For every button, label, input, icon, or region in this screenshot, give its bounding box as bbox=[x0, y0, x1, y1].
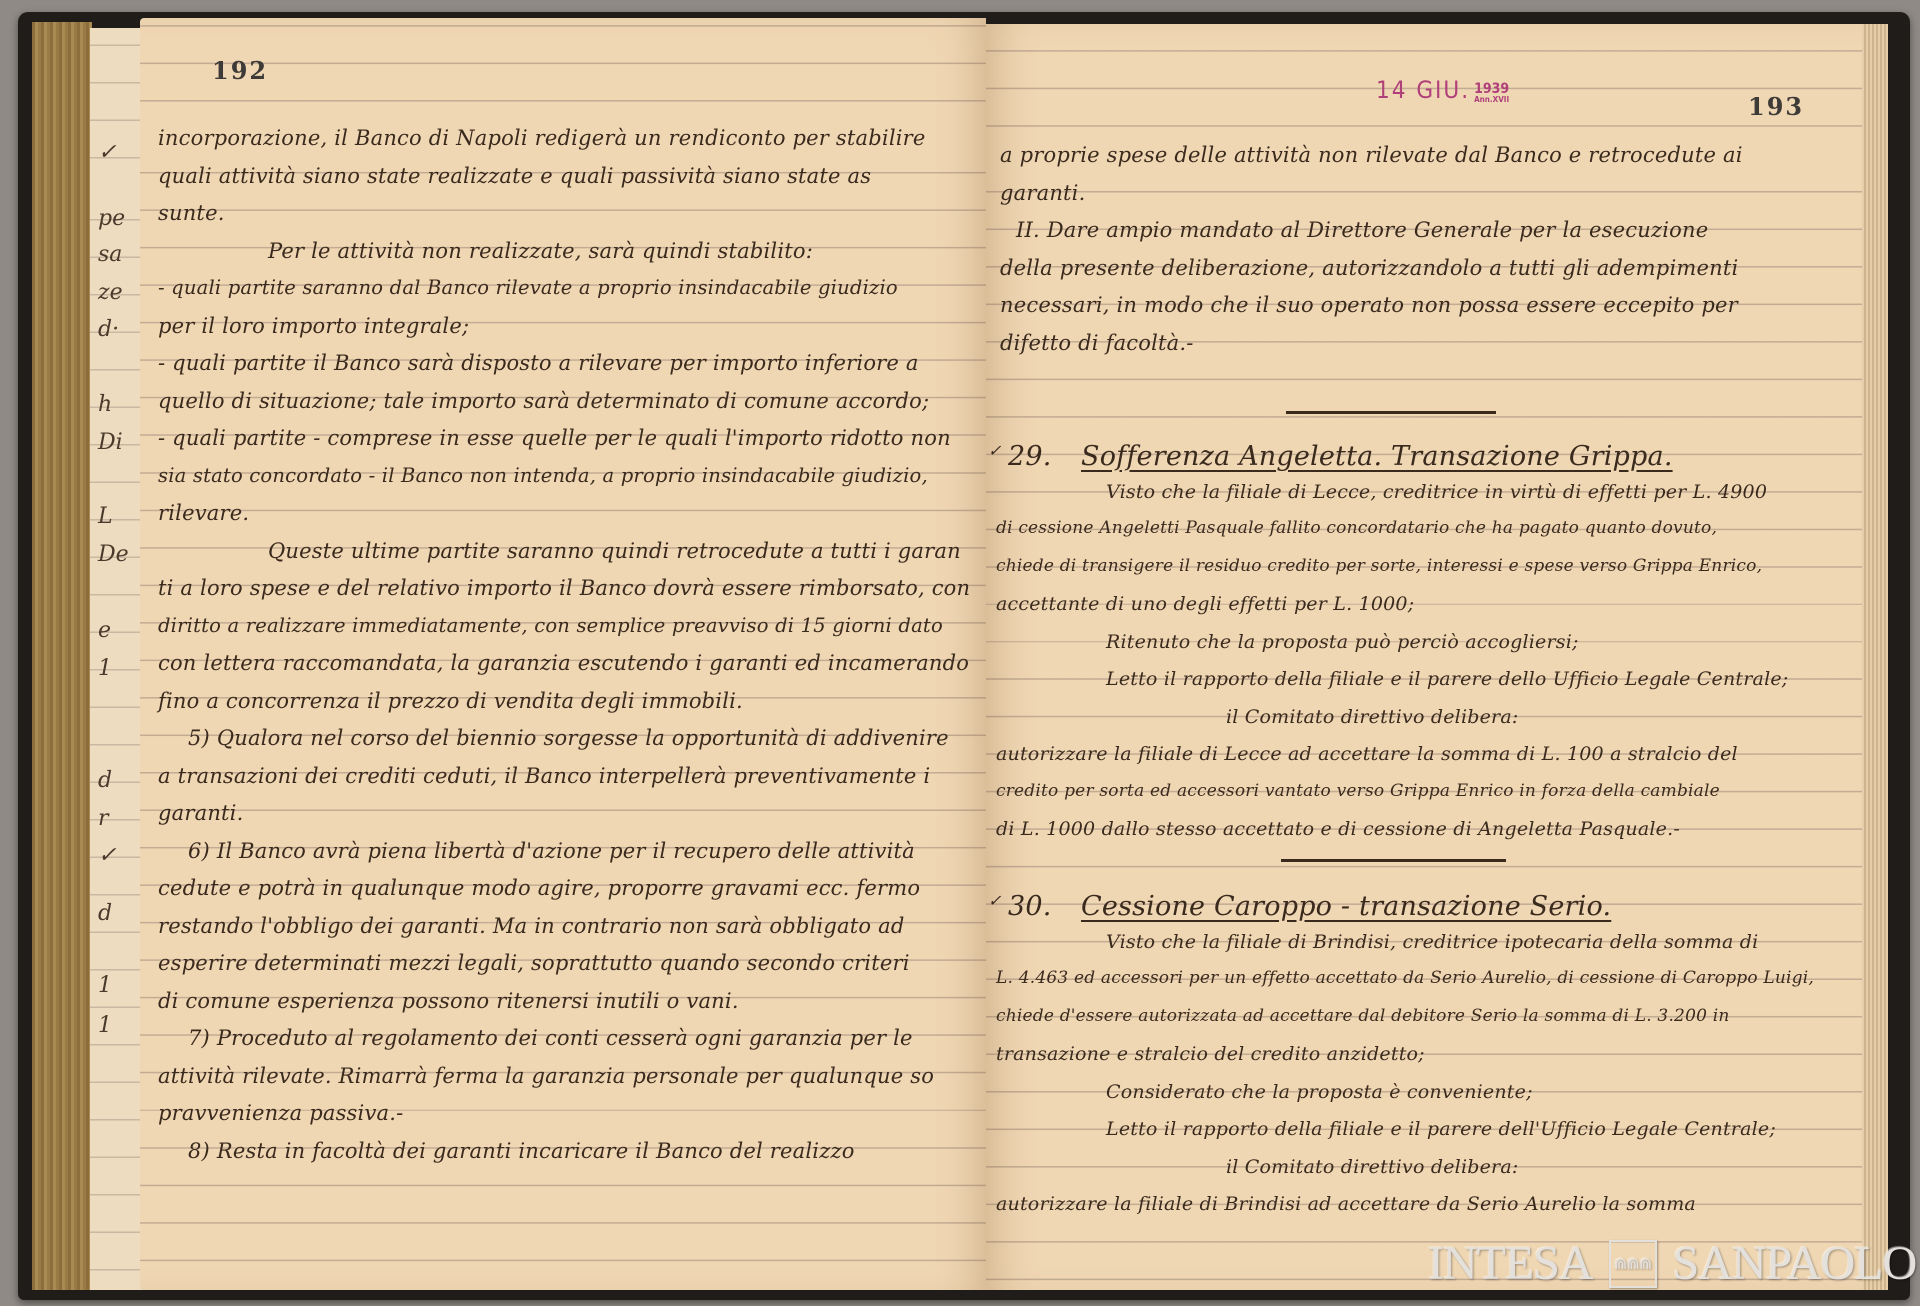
margin-mark: ✓ bbox=[98, 140, 116, 165]
handwritten-line: di L. 1000 dallo stesso accettato e di c… bbox=[996, 818, 1680, 840]
handwritten-line: Visto che la filiale di Brindisi, credit… bbox=[1106, 931, 1758, 953]
handwritten-line: Per le attività non realizzate, sarà qui… bbox=[268, 239, 813, 263]
handwritten-line: quali attività siano state realizzate e … bbox=[158, 164, 871, 188]
check-mark: ✓ bbox=[988, 441, 1002, 460]
handwritten-line: a proprie spese delle attività non rilev… bbox=[1000, 143, 1743, 167]
section-number: 29. bbox=[1008, 441, 1052, 472]
handwritten-line: il Comitato direttivo delibera: bbox=[1226, 706, 1518, 728]
handwritten-line: pravvenienza passiva.- bbox=[158, 1101, 403, 1125]
handwritten-line: 7) Proceduto al regolamento dei conti ce… bbox=[188, 1026, 913, 1050]
handwritten-line: per il loro importo integrale; bbox=[158, 314, 469, 338]
handwritten-line: fino a concorrenza il prezzo di vendita … bbox=[158, 689, 743, 713]
handwritten-line: chiede di transigere il residuo credito … bbox=[996, 556, 1762, 576]
handwritten-line: Letto il rapporto della filiale e il par… bbox=[1106, 1118, 1776, 1140]
handwritten-line: garanti. bbox=[158, 801, 243, 825]
handwritten-line: accettante di uno degli effetti per L. 1… bbox=[996, 593, 1414, 615]
page-number: 193 bbox=[1748, 92, 1804, 121]
stamp-date: 14 GIU. bbox=[1376, 76, 1470, 104]
handwritten-line: 6) Il Banco avrà piena libertà d'azione … bbox=[188, 839, 915, 863]
handwritten-line: esperire determinati mezzi legali, sopra… bbox=[158, 951, 910, 975]
handwritten-line: II. Dare ampio mandato al Direttore Gene… bbox=[1016, 218, 1708, 242]
right-page: 14 GIU. 1939 Ann.XVII 193 a proprie spes… bbox=[986, 24, 1862, 1290]
handwritten-line: Visto che la filiale di Lecce, creditric… bbox=[1106, 481, 1767, 503]
handwritten-line: - quali partite saranno dal Banco rileva… bbox=[158, 276, 898, 299]
handwritten-line: 5) Qualora nel corso del biennio sorgess… bbox=[188, 726, 949, 750]
left-page: 192 incorporazione, il Banco di Napoli r… bbox=[140, 18, 986, 1290]
handwritten-line: Ritenuto che la proposta può perciò acco… bbox=[1106, 631, 1579, 653]
handwritten-line: della presente deliberazione, autorizzan… bbox=[1000, 256, 1738, 280]
margin-mark: r bbox=[98, 806, 109, 831]
section-title: Sofferenza Angeletta. Transazione Grippa… bbox=[1081, 441, 1673, 472]
handwritten-line: sunte. bbox=[158, 201, 225, 225]
handwritten-line: Letto il rapporto della filiale e il par… bbox=[1106, 668, 1788, 690]
date-stamp: 14 GIU. 1939 Ann.XVII bbox=[1376, 76, 1509, 104]
margin-mark: d bbox=[98, 768, 112, 793]
handwritten-line: L. 4.463 ed accessori per un effetto acc… bbox=[996, 968, 1814, 988]
handwritten-line: diritto a realizzare immediatamente, con… bbox=[158, 614, 943, 637]
margin-mark: L bbox=[98, 504, 113, 529]
handwritten-line: - quali partite il Banco sarà disposto a… bbox=[158, 351, 919, 375]
stamp-era: Ann.XVII bbox=[1474, 96, 1509, 104]
handwritten-line: rilevare. bbox=[158, 501, 249, 525]
handwritten-line: Considerato che la proposta è convenient… bbox=[1106, 1081, 1533, 1103]
margin-mark: sa bbox=[98, 242, 122, 267]
handwritten-line: il Comitato direttivo delibera: bbox=[1226, 1156, 1518, 1178]
handwritten-line: restando l'obbligo dei garanti. Ma in co… bbox=[158, 914, 904, 938]
handwritten-line: incorporazione, il Banco di Napoli redig… bbox=[158, 126, 926, 150]
page-number: 192 bbox=[212, 56, 268, 85]
handwritten-line: 8) Resta in facoltà dei garanti incarica… bbox=[188, 1139, 855, 1163]
handwritten-line: autorizzare la filiale di Brindisi ad ac… bbox=[996, 1193, 1696, 1215]
watermark-right-text: SANPAOLO bbox=[1673, 1236, 1917, 1291]
section-title: Cessione Caroppo - transazione Serio. bbox=[1081, 891, 1611, 922]
check-mark: ✓ bbox=[988, 891, 1002, 910]
section-divider bbox=[1281, 859, 1506, 862]
margin-mark: 1 bbox=[98, 1013, 112, 1038]
page-edges-right bbox=[1862, 24, 1888, 1290]
bank-logo-icon: ⋒⋒⋒ bbox=[1609, 1240, 1657, 1288]
handwritten-line: attività rilevate. Rimarrà ferma la gara… bbox=[158, 1064, 934, 1088]
handwritten-line: cedute e potrà in qualunque modo agire, … bbox=[158, 876, 920, 900]
margin-mark: h bbox=[98, 392, 112, 417]
handwritten-line: Queste ultime partite saranno quindi ret… bbox=[268, 539, 961, 563]
margin-mark: ze bbox=[98, 280, 123, 305]
margin-mark: pe bbox=[98, 206, 125, 231]
handwritten-line: chiede d'essere autorizzata ad accettare… bbox=[996, 1006, 1730, 1026]
margin-mark: d· bbox=[98, 317, 119, 342]
margin-mark: Di bbox=[98, 430, 123, 455]
handwritten-line: ti a loro spese e del relativo importo i… bbox=[158, 576, 970, 600]
handwritten-line: di comune esperienza possono ritenersi i… bbox=[158, 989, 739, 1013]
handwritten-line: necessari, in modo che il suo operato no… bbox=[1000, 293, 1738, 317]
page-edges-left bbox=[32, 22, 92, 1290]
margin-mark: 1 bbox=[98, 656, 112, 681]
section-divider bbox=[1286, 411, 1496, 414]
margin-mark: e bbox=[98, 618, 111, 643]
margin-mark: 1 bbox=[98, 973, 112, 998]
handwritten-line: con lettera raccomandata, la garanzia es… bbox=[158, 651, 969, 675]
handwritten-line: difetto di facoltà.- bbox=[1000, 331, 1194, 355]
watermark-left-text: INTESA bbox=[1428, 1236, 1593, 1291]
handwritten-line: - quali partite - comprese in esse quell… bbox=[158, 426, 951, 450]
handwritten-line: quello di situazione; tale importo sarà … bbox=[158, 389, 929, 413]
section-number: 30. bbox=[1008, 891, 1052, 922]
handwritten-line: transazione e stralcio del credito anzid… bbox=[996, 1043, 1425, 1065]
handwritten-line: a transazioni dei crediti ceduti, il Ban… bbox=[158, 764, 930, 788]
margin-mark: ✓ bbox=[98, 843, 116, 868]
stamp-year: 1939 bbox=[1474, 82, 1509, 96]
handwritten-line: di cessione Angeletti Pasquale fallito c… bbox=[996, 518, 1717, 538]
intesa-sanpaolo-watermark: INTESA ⋒⋒⋒ SANPAOLO bbox=[1428, 1236, 1916, 1291]
handwritten-line: sia stato concordato - il Banco non inte… bbox=[158, 464, 928, 487]
handwritten-line: garanti. bbox=[1000, 181, 1085, 205]
handwritten-line: credito per sorta ed accessori vantato v… bbox=[996, 781, 1720, 801]
margin-mark: De bbox=[98, 542, 129, 567]
handwritten-line: autorizzare la filiale di Lecce ad accet… bbox=[996, 743, 1738, 765]
margin-mark: d bbox=[98, 901, 112, 926]
